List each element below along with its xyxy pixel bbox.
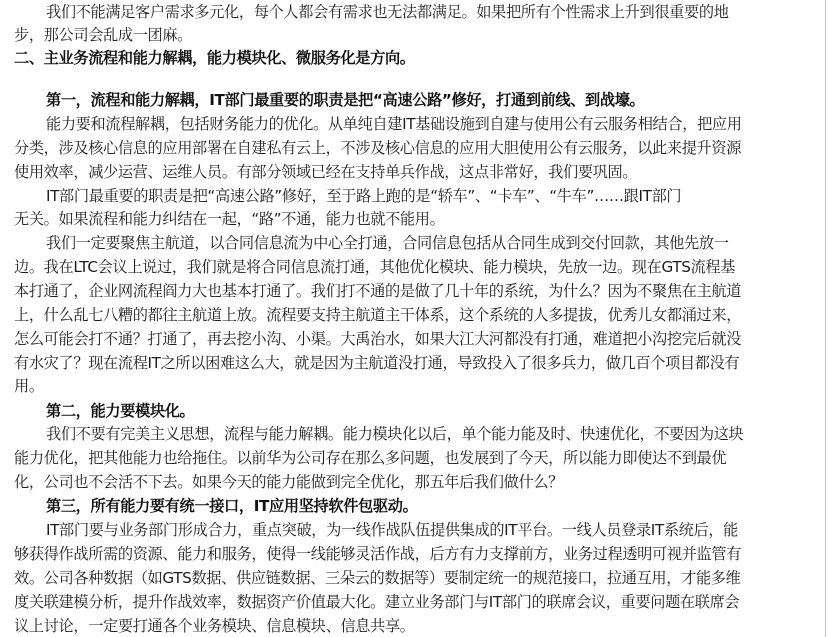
body-line: 效。公司各种数据（如GTS数据、供应链数据、三朵云的数据等）要制定统一的规范接口… bbox=[14, 566, 740, 590]
body-line: 无关。如果流程和能力纠结在一起，“路”不通，能力也就不能用。 bbox=[14, 207, 445, 231]
sub-heading-second: 第二，能力要模块化。 bbox=[46, 399, 194, 423]
body-line: 我们一定要聚焦主航道，以合同信息流为中心全打通，合同信息包括从合同生成到交付回款… bbox=[46, 231, 729, 255]
body-line: 化，公司也不会活不下去。如果今天的能力能做到完全优化，那五年后我们做什么？ bbox=[14, 470, 563, 494]
body-line: 使用效率，减少运营、运维人员。有部分领域已经在支持单兵作战，这点非常好，我们要巩… bbox=[14, 160, 637, 184]
body-line: 我们不要有完美主义思想，流程与能力解耦。能力模块化以后，单个能力能及时、快速优化… bbox=[46, 422, 743, 446]
body-line: 有水灾了？现在流程IT之所以困难这么大，就是因为主航道没打通，导致投入了很多兵力… bbox=[14, 351, 739, 375]
document-page: 我们不能满足客户需求多元化，每个人都会有需求也无法都满足。如果把所有个性需求上升… bbox=[0, 0, 826, 637]
body-line: 分类，涉及核心信息的应用部署在自建私有云上，不涉及核心信息的应用大胆使用公有云服… bbox=[14, 136, 741, 160]
body-line: 能力要和流程解耦，包括财务能力的优化。从单纯自建IT基础设施到自建与使用公有云服… bbox=[46, 112, 742, 136]
section-heading: 二、主业务流程和能力解耦，能力模块化、微服务化是方向。 bbox=[14, 46, 415, 70]
body-line: 用。 bbox=[14, 374, 44, 398]
body-line: IT部门要与业务部门形成合力，重点突破，为一线作战队伍提供集成的IT平台。一线人… bbox=[46, 518, 738, 542]
body-line: 议上讨论，一定要打通各个业务模块、信息模块、信息共享。 bbox=[14, 614, 415, 637]
body-line: 边。我在LTC会议上说过，我们就是将合同信息流打通，其他优化模块、能力模块，先放… bbox=[14, 255, 735, 279]
body-line: 上，什么乱七八糟的都往主航道上放。流程要支持主航道主干体系，这个系统的人多提拔，… bbox=[14, 303, 741, 327]
sub-heading-third: 第三，所有能力要有统一接口，IT应用坚持软件包驱动。 bbox=[46, 494, 417, 518]
body-line: 怎么可能会打不通？打通了，再去挖小沟、小渠。大禹治水，如果大江大河都没有打通，难… bbox=[14, 327, 741, 351]
body-line: IT部门最重要的职责是把“高速公路”修好，至于路上跑的是“轿车”、“卡车”、“牛… bbox=[46, 184, 681, 208]
body-line: 本打通了，企业网流程阎力大也基本打通了。我们打不通的是做了几十年的系统，为什么？… bbox=[14, 279, 741, 303]
body-line: 度关联建模分析，提升作战效率，数据资产价值最大化。建立业务部门与IT部门的联席会… bbox=[14, 590, 739, 614]
body-line: 我们不能满足客户需求多元化，每个人都会有需求也无法都满足。如果把所有个性需求上升… bbox=[46, 0, 729, 24]
body-line: 够获得作战所需的资源、能力和服务，使得一线能够灵活作战，后方有力支撑前方，业务过… bbox=[14, 542, 741, 566]
sub-heading-first: 第一，流程和能力解耦，IT部门最重要的职责是把“高速公路”修好，打通到前线、到战… bbox=[46, 88, 644, 112]
body-line: 能力优化，把其他能力也给拖住。以前华为公司存在那么多问题，也发展到了今天，所以能… bbox=[14, 446, 726, 470]
body-line: 步，那公司会乱成一团麻。 bbox=[14, 23, 192, 47]
